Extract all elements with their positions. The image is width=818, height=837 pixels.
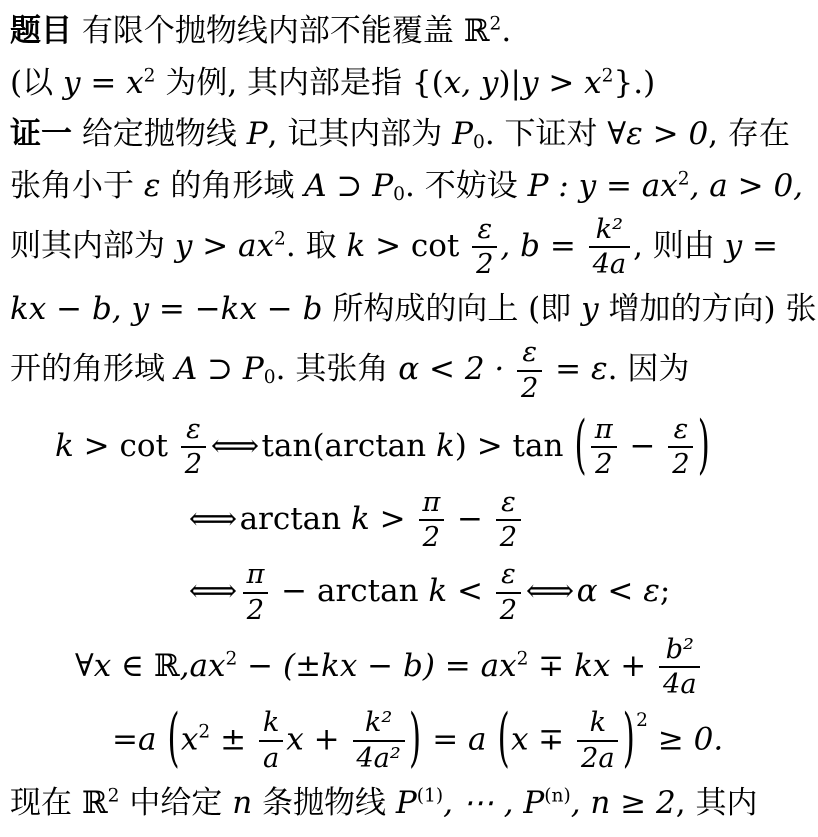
superscript: 2 xyxy=(225,648,237,669)
fraction-numerator: k xyxy=(577,707,618,741)
fraction-numerator: ε xyxy=(472,214,497,248)
math-roman-fragment: ∀ xyxy=(75,648,94,684)
text-fragment: 所构成的向上 (即 xyxy=(322,291,581,327)
problem-title-line: 题目 有限个抛物线内部不能覆盖 ℝ2. xyxy=(10,8,808,55)
text-fragment: 有限个抛物线内部不能覆盖 xyxy=(72,13,464,49)
bold-label: 题目 xyxy=(10,13,72,49)
fraction-denominator: 2a xyxy=(577,742,618,774)
fraction-denominator: 2 xyxy=(472,248,497,280)
math-fragment: P : y = ax xyxy=(528,168,678,204)
math-fragment: kx − b, y = −kx − b xyxy=(10,291,322,327)
math-fragment: y = x xyxy=(63,65,144,101)
fraction-denominator: 2 xyxy=(668,448,693,480)
math-roman-fragment: ) > tan xyxy=(455,428,574,464)
text-fragment: 的角形域 xyxy=(161,168,305,204)
fraction: π2 xyxy=(240,559,272,626)
math-roman-fragment: ℝ xyxy=(464,13,490,49)
fraction-numerator: ε xyxy=(496,487,521,521)
superscript: 2 xyxy=(489,13,501,34)
fraction: π2 xyxy=(415,487,447,554)
fraction-numerator: k xyxy=(259,707,283,741)
math-fragment: , ⋯ , P xyxy=(443,785,544,821)
fraction-denominator: 2 xyxy=(496,521,521,553)
math-fragment: k < xyxy=(428,573,492,609)
math-fragment: ,ax xyxy=(180,648,226,684)
fraction-denominator: 2 xyxy=(496,594,521,626)
superscript: 2 xyxy=(274,228,286,249)
fraction: b²4a xyxy=(656,634,703,701)
text-fragment: }.) xyxy=(614,65,656,101)
text-fragment: . 因为 xyxy=(608,351,690,387)
superscript: (n) xyxy=(544,785,570,806)
fraction: ε2 xyxy=(493,487,524,554)
math-fragment: P xyxy=(396,785,417,821)
fraction: π2 xyxy=(588,414,620,481)
big-paren: ) xyxy=(409,691,421,786)
math-fragment: − xyxy=(271,573,317,609)
document-page: 题目 有限个抛物线内部不能覆盖 ℝ2. (以 y = x2 为例, 其内部是指 … xyxy=(0,0,818,837)
math-fragment: k > xyxy=(351,501,415,537)
proof-line-4: kx − b, y = −kx − b 所构成的向上 (即 y 增加的方向) 张 xyxy=(10,286,808,333)
math-roman-fragment: ℝ xyxy=(82,785,108,821)
math-fragment: x xyxy=(181,721,198,757)
math-roman-fragment: cot xyxy=(411,228,469,264)
math-fragment: x ∓ xyxy=(511,721,574,757)
math-fragment: k > xyxy=(55,428,119,464)
math-fragment: = ε xyxy=(545,351,607,387)
math-fragment: P xyxy=(452,116,473,152)
text-fragment: 则其内部为 xyxy=(10,228,175,264)
text-fragment: 中给定 xyxy=(119,785,232,821)
fraction: k²4a² xyxy=(349,707,407,774)
math-fragment: n xyxy=(232,785,252,821)
equation-line-5: =a (x2 ± kax + k²4a²) = a (x ∓ k2a)2 ≥ 0… xyxy=(112,707,808,774)
math-fragment: =a xyxy=(112,721,166,757)
bold-label: 证一 xyxy=(10,116,72,152)
fraction-numerator: π xyxy=(591,414,617,448)
fraction: ε2 xyxy=(178,414,209,481)
math-fragment: ∓ kx + xyxy=(528,648,656,684)
math-fragment: ± xyxy=(210,721,256,757)
text-fragment: , 其内 xyxy=(676,785,758,821)
math-fragment: , b = xyxy=(500,228,585,264)
subscript: 0 xyxy=(264,367,276,388)
fraction: ka xyxy=(256,707,286,774)
text-fragment: )| xyxy=(498,65,521,101)
big-paren: ( xyxy=(575,398,587,493)
text-fragment: . xyxy=(501,13,511,49)
math-roman-fragment: ℝ xyxy=(154,648,180,684)
math-fragment: A ⊃ P xyxy=(175,351,264,387)
text-fragment: , 存在 xyxy=(708,116,790,152)
superscript-high: 2 xyxy=(636,710,648,731)
text-fragment: . 取 xyxy=(286,228,347,264)
text-fragment: . 其张角 xyxy=(276,351,399,387)
equation-line-3: ⇐⇒π2 − arctan k < ε2⇐⇒α < ε; xyxy=(187,559,808,626)
math-fragment: ≥ 0. xyxy=(648,721,723,757)
superscript: 2 xyxy=(108,785,120,806)
math-fragment: y xyxy=(581,291,599,327)
fraction: ε2 xyxy=(514,337,545,404)
proof-line-3: 则其内部为 y > ax2. 取 k > cot ε2, b = k²4a, 则… xyxy=(10,214,808,281)
fraction: k²4a xyxy=(586,214,633,281)
math-fragment: ε > 0 xyxy=(626,116,708,152)
math-roman-fragment: cot xyxy=(119,428,177,464)
math-fragment: x + xyxy=(286,721,349,757)
text-fragment: 现在 xyxy=(10,785,82,821)
math-fragment: y > x xyxy=(521,65,602,101)
remark-line: (以 y = x2 为例, 其内部是指 {(x, y)|y > x2}.) xyxy=(10,60,808,107)
math-fragment: x ∈ xyxy=(94,648,154,684)
fraction-numerator: π xyxy=(243,559,269,593)
fraction-numerator: k² xyxy=(589,214,630,248)
iff-arrow-symbol: ⇐⇒ xyxy=(526,573,571,609)
math-roman-fragment: ∀ xyxy=(607,116,626,152)
superscript: 2 xyxy=(198,722,210,743)
fraction-numerator: ε xyxy=(517,337,542,371)
math-roman-fragment: arctan xyxy=(317,573,428,609)
fraction-denominator: 2 xyxy=(591,448,617,480)
text-fragment: 为例, 其内部是指 {( xyxy=(155,65,443,101)
fraction-numerator: ε xyxy=(181,414,206,448)
iff-arrow-symbol: ⇐⇒ xyxy=(189,501,234,537)
math-fragment: A ⊃ P xyxy=(304,168,393,204)
superscript: 2 xyxy=(678,168,690,189)
proof-line-2: 张角小于 ε 的角形域 A ⊃ P0. 不妨设 P : y = ax2, a >… xyxy=(10,163,808,210)
fraction-denominator: 4a xyxy=(589,248,630,280)
equation-line-2: ⇐⇒arctan k > π2 − ε2 xyxy=(187,487,808,554)
math-roman-fragment: arctan xyxy=(240,501,351,537)
iff-arrow-symbol: ⇐⇒ xyxy=(189,573,234,609)
big-paren: ) xyxy=(623,691,635,786)
math-fragment: ε xyxy=(144,168,161,204)
math-fragment: x, y xyxy=(444,65,499,101)
fraction-denominator: 2 xyxy=(181,448,206,480)
math-fragment: − (±kx − b) = ax xyxy=(237,648,516,684)
superscript: 2 xyxy=(144,65,156,86)
equation-line-1: k > cot ε2⇐⇒tan(arctan k) > tan (π2 − ε2… xyxy=(55,414,808,481)
text-fragment: 条抛物线 xyxy=(252,785,396,821)
text-fragment: , 则由 xyxy=(633,228,725,264)
math-fragment: k xyxy=(436,428,455,464)
subscript: 0 xyxy=(393,184,405,205)
text-fragment: 张角小于 xyxy=(10,168,144,204)
text-fragment: , 记其内部为 xyxy=(268,116,453,152)
fraction-denominator: 2 xyxy=(517,372,542,404)
fraction-numerator: k² xyxy=(353,707,405,741)
math-fragment: y = xyxy=(725,228,778,264)
fraction: k2a xyxy=(574,707,621,774)
fraction-denominator: 4a xyxy=(659,668,700,700)
fraction-numerator: ε xyxy=(496,559,521,593)
text-fragment: 增加的方向) 张 xyxy=(599,291,817,327)
text-fragment: . 下证对 xyxy=(485,116,608,152)
text-fragment: ; xyxy=(660,573,670,609)
fraction-numerator: π xyxy=(419,487,445,521)
fraction-numerator: ε xyxy=(668,414,693,448)
fraction: ε2 xyxy=(493,559,524,626)
math-fragment: α < ε xyxy=(577,573,660,609)
big-paren: ( xyxy=(168,691,180,786)
text-fragment: . 不妨设 xyxy=(405,168,528,204)
math-roman-fragment: tan(arctan xyxy=(262,428,436,464)
subscript: 0 xyxy=(473,132,485,153)
big-paren: ( xyxy=(498,691,510,786)
math-fragment: , a > 0, xyxy=(690,168,803,204)
fraction-numerator: b² xyxy=(659,634,700,668)
equation-line-4: ∀x ∈ ℝ,ax2 − (±kx − b) = ax2 ∓ kx + b²4a xyxy=(75,634,808,701)
text-fragment: 开的角形域 xyxy=(10,351,175,387)
iff-arrow-symbol: ⇐⇒ xyxy=(211,428,256,464)
closing-line: 现在 ℝ2 中给定 n 条抛物线 P(1), ⋯ , P(n), n ≥ 2, … xyxy=(10,780,808,827)
math-fragment: y > ax xyxy=(175,228,274,264)
math-fragment: k > xyxy=(346,228,410,264)
proof-line-5: 开的角形域 A ⊃ P0. 其张角 α < 2 · ε2 = ε. 因为 xyxy=(10,337,808,404)
math-fragment: , n ≥ 2 xyxy=(571,785,676,821)
math-fragment: P xyxy=(247,116,268,152)
fraction: ε2 xyxy=(469,214,500,281)
fraction-denominator: 2 xyxy=(243,594,269,626)
proof-line-1: 证一 给定抛物线 P, 记其内部为 P0. 下证对 ∀ε > 0, 存在 xyxy=(10,111,808,158)
superscript: 2 xyxy=(517,648,529,669)
math-fragment: α < 2 · xyxy=(398,351,514,387)
fraction-denominator: 2 xyxy=(419,521,445,553)
superscript: (1) xyxy=(417,785,443,806)
math-fragment: = a xyxy=(422,721,496,757)
fraction-denominator: a xyxy=(259,742,283,774)
text-fragment: 给定抛物线 xyxy=(72,116,247,152)
fraction-denominator: 4a² xyxy=(353,742,405,774)
text-fragment: (以 xyxy=(10,65,63,101)
math-fragment: − xyxy=(620,428,666,464)
big-paren: ) xyxy=(698,398,710,493)
fraction: ε2 xyxy=(665,414,696,481)
math-fragment: − xyxy=(447,501,493,537)
superscript: 2 xyxy=(602,65,614,86)
